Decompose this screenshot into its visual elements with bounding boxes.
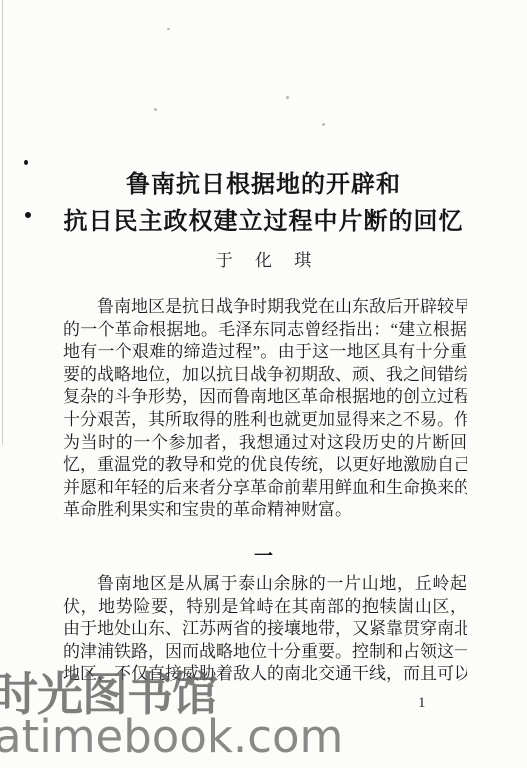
body-line: 十分艰苦，其所取得的胜利也就更加显得来之不易。作 bbox=[63, 409, 467, 432]
scan-speck bbox=[286, 96, 289, 99]
body-line: 忆，重温党的教导和党的优良传统，以更好地激励自己 bbox=[63, 454, 467, 477]
body-line: 要的战略地位，加以抗日战争初期敌、顽、我之间错综 bbox=[63, 364, 467, 387]
page-number: 1 bbox=[418, 695, 426, 712]
body-line: 由于地处山东、江苏两省的接壤地带，又紧靠贯穿南北 bbox=[63, 618, 467, 641]
body-line: 鲁南地区是从属于泰山余脉的一片山地，丘岭起 bbox=[63, 573, 467, 596]
body-line: 复杂的斗争形势，因而鲁南地区革命根据地的创立过程 bbox=[63, 386, 467, 409]
watermark-url: atimebook.com bbox=[0, 710, 343, 763]
paragraph-1: 鲁南地区是抗日战争时期我党在山东敌后开辟较早 的一个革命根据地。毛泽东同志曾经指… bbox=[63, 296, 467, 522]
author-name: 于 化 琪 bbox=[0, 246, 527, 271]
article-title-line-1: 鲁南抗日根据地的开辟和 bbox=[0, 164, 527, 199]
article-title-line-2: 抗日民主政权建立过程中片断的回忆 bbox=[0, 201, 527, 236]
section-divider: 一 bbox=[0, 541, 527, 568]
body-line: 革命胜利果实和宝贵的革命精神财富。 bbox=[63, 499, 467, 522]
body-line: 并愿和年轻的后来者分享革命前辈用鲜血和生命换来的 bbox=[63, 477, 467, 500]
body-line: 伏，地势险要，特别是耸峙在其南部的抱犊崮山区， bbox=[63, 596, 467, 619]
body-line: 为当时的一个参加者，我想通过对这段历史的片断回 bbox=[63, 432, 467, 455]
scanned-book-page: 鲁南抗日根据地的开辟和 抗日民主政权建立过程中片断的回忆 于 化 琪 鲁南地区是… bbox=[0, 0, 527, 768]
scan-speck bbox=[322, 123, 325, 126]
scan-speck bbox=[154, 108, 157, 111]
body-line: 的一个革命根据地。毛泽东同志曾经指出：“建立根据 bbox=[63, 319, 467, 342]
body-line: 鲁南地区是抗日战争时期我党在山东敌后开辟较早 bbox=[63, 296, 467, 319]
body-line: 地有一个艰难的缔造过程”。由于这一地区具有十分重 bbox=[63, 341, 467, 364]
scan-speck bbox=[167, 28, 170, 30]
